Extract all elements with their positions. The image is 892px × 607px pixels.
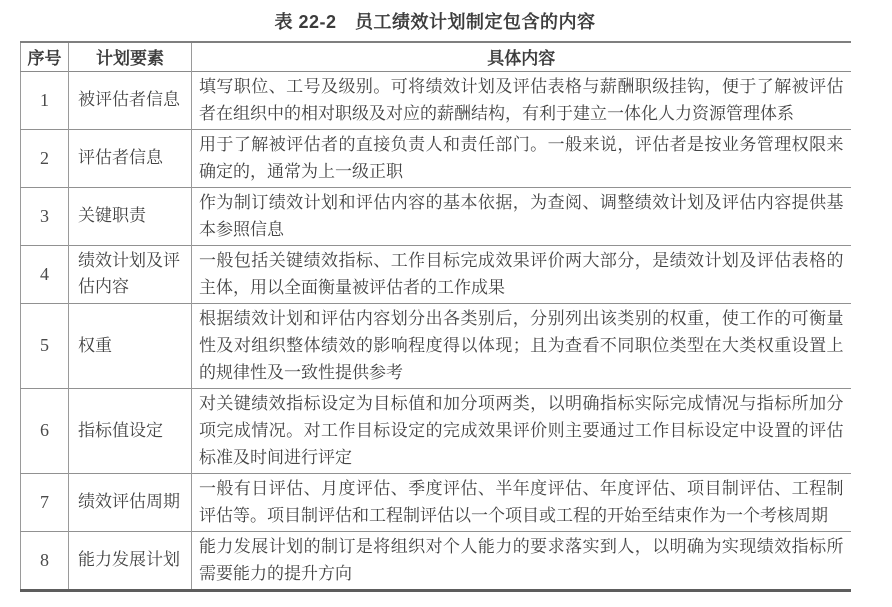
cell-serial-number: 2 [21, 129, 69, 187]
table-row: 5 权重 根据绩效计划和评估内容划分出各类别后，分别列出该类别的权重，使工作的可… [21, 303, 851, 388]
document-page: 表 22-2 员工绩效计划制定包含的内容 序号 计划要素 具体内容 1 被评估者… [0, 0, 892, 607]
cell-plan-element: 能力发展计划 [69, 531, 192, 590]
table-row: 6 指标值设定 对关键绩效指标设定为目标值和加分项两类，以明确指标实际完成情况与… [21, 388, 851, 473]
cell-specific-content: 对关键绩效指标设定为目标值和加分项两类，以明确指标实际完成情况与指标所加分项完成… [192, 388, 851, 473]
table-row: 3 关键职责 作为制订绩效计划和评估内容的基本依据，为查阅、调整绩效计划及评估内… [21, 187, 851, 245]
table-row: 2 评估者信息 用于了解被评估者的直接负责人和责任部门。一般来说，评估者是按业务… [21, 129, 851, 187]
cell-serial-number: 3 [21, 187, 69, 245]
cell-specific-content: 作为制订绩效计划和评估内容的基本依据，为查阅、调整绩效计划及评估内容提供基本参照… [192, 187, 851, 245]
cell-plan-element: 评估者信息 [69, 129, 192, 187]
cell-specific-content: 能力发展计划的制订是将组织对个人能力的要求落实到人，以明确为实现绩效指标所需要能… [192, 531, 851, 590]
header-plan-element: 计划要素 [69, 42, 192, 71]
cell-serial-number: 6 [21, 388, 69, 473]
cell-specific-content: 一般有日评估、月度评估、季度评估、半年度评估、年度评估、项目制评估、工程制评估等… [192, 473, 851, 531]
cell-plan-element: 关键职责 [69, 187, 192, 245]
cell-specific-content: 用于了解被评估者的直接负责人和责任部门。一般来说，评估者是按业务管理权限来确定的… [192, 129, 851, 187]
cell-specific-content: 一般包括关键绩效指标、工作目标完成效果评价两大部分，是绩效计划及评估表格的主体，… [192, 245, 851, 303]
cell-plan-element: 权重 [69, 303, 192, 388]
cell-plan-element: 被评估者信息 [69, 71, 192, 129]
cell-serial-number: 7 [21, 473, 69, 531]
performance-plan-table: 序号 计划要素 具体内容 1 被评估者信息 填写职位、工号及级别。可将绩效计划及… [20, 41, 851, 592]
table-row: 8 能力发展计划 能力发展计划的制订是将组织对个人能力的要求落实到人，以明确为实… [21, 531, 851, 590]
table-row: 4 绩效计划及评估内容 一般包括关键绩效指标、工作目标完成效果评价两大部分，是绩… [21, 245, 851, 303]
cell-plan-element: 绩效评估周期 [69, 473, 192, 531]
cell-serial-number: 1 [21, 71, 69, 129]
header-serial-number: 序号 [21, 42, 69, 71]
table-title: 表 22-2 员工绩效计划制定包含的内容 [20, 10, 850, 34]
cell-serial-number: 8 [21, 531, 69, 590]
cell-plan-element: 绩效计划及评估内容 [69, 245, 192, 303]
cell-specific-content: 填写职位、工号及级别。可将绩效计划及评估表格与薪酬职级挂钩，便于了解被评估者在组… [192, 71, 851, 129]
table-header-row: 序号 计划要素 具体内容 [21, 42, 851, 71]
cell-serial-number: 5 [21, 303, 69, 388]
cell-serial-number: 4 [21, 245, 69, 303]
cell-specific-content: 根据绩效计划和评估内容划分出各类别后，分别列出该类别的权重，使工作的可衡量性及对… [192, 303, 851, 388]
table-row: 7 绩效评估周期 一般有日评估、月度评估、季度评估、半年度评估、年度评估、项目制… [21, 473, 851, 531]
table-row: 1 被评估者信息 填写职位、工号及级别。可将绩效计划及评估表格与薪酬职级挂钩，便… [21, 71, 851, 129]
cell-plan-element: 指标值设定 [69, 388, 192, 473]
header-specific-content: 具体内容 [192, 42, 851, 71]
